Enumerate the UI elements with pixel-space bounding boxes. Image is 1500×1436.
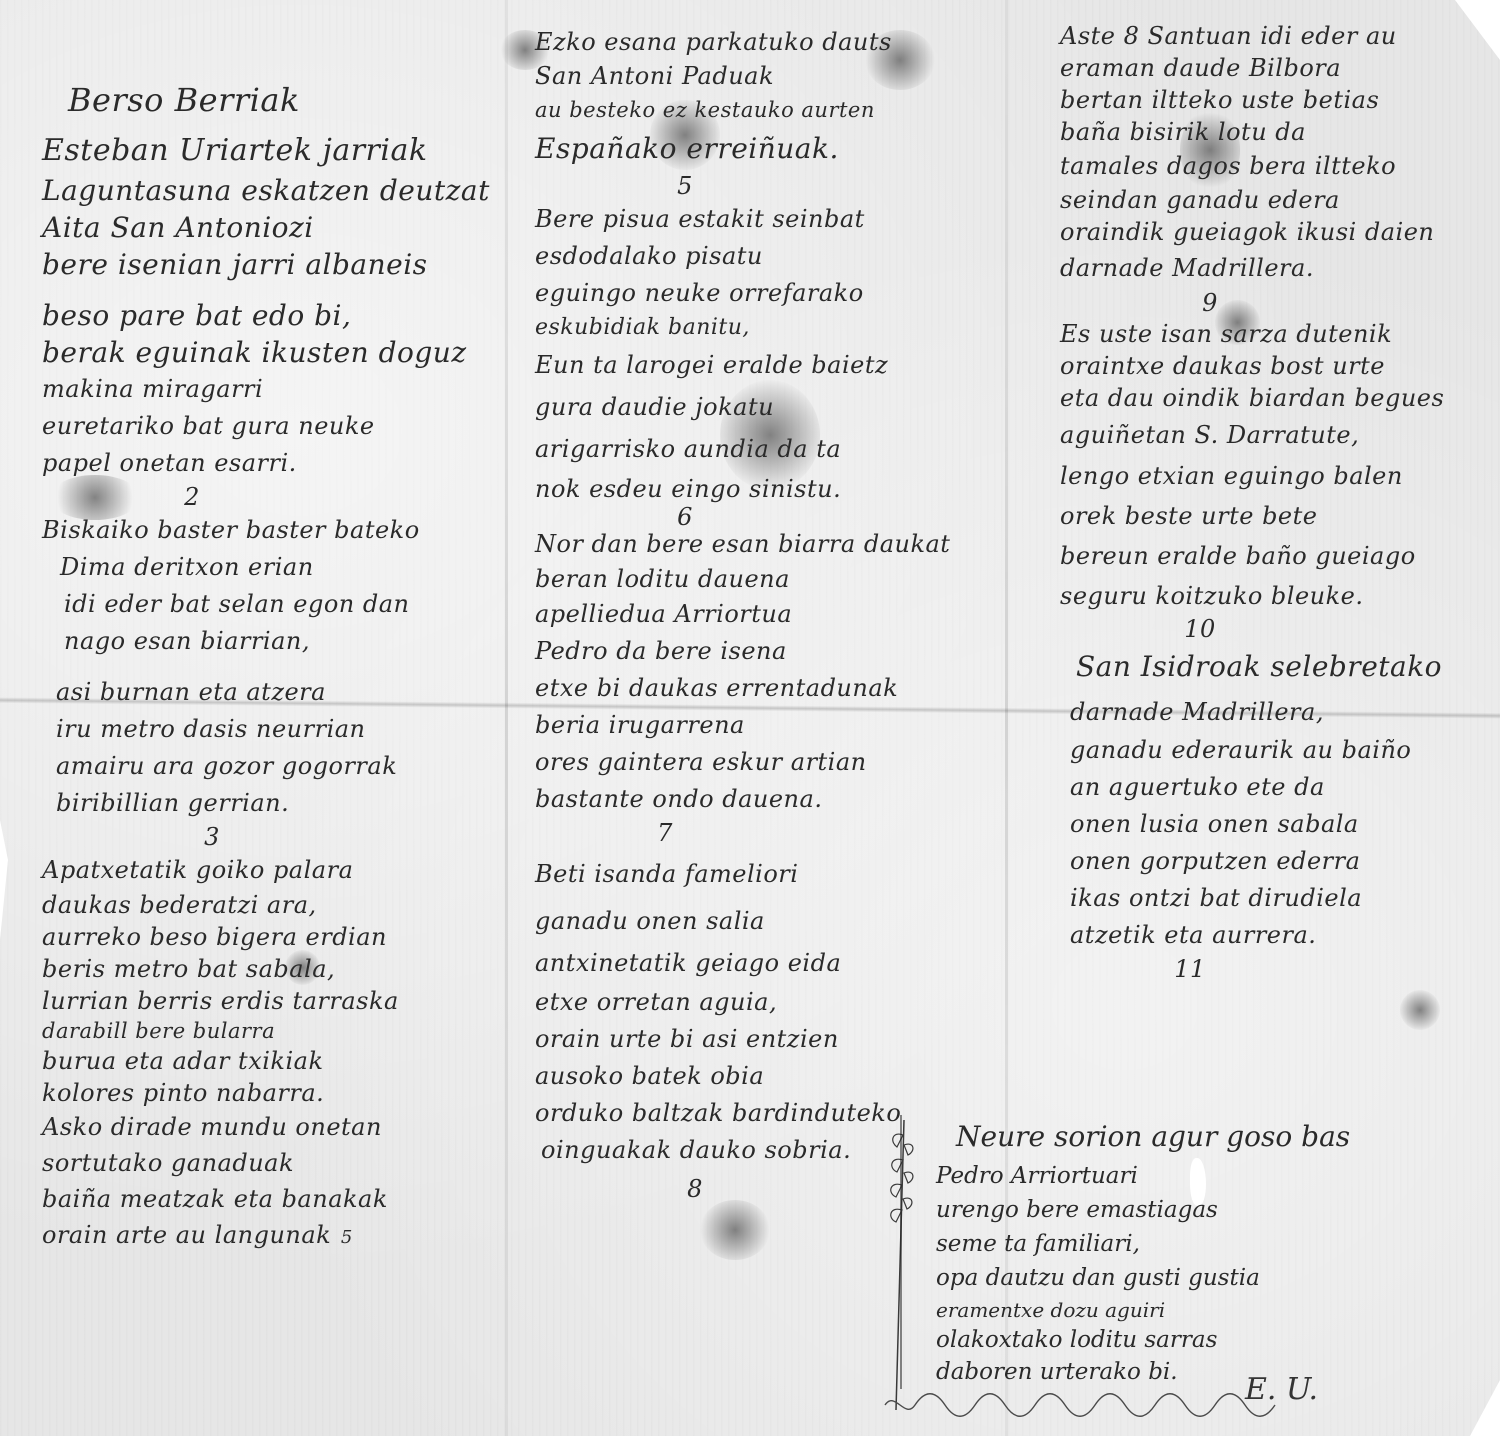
stanza-2: Biskaiko baster baster bateko Dima derit… [42,512,502,822]
verse-line: Aita San Antoniozi [42,209,502,246]
vertical-fold-left [505,0,508,1436]
stanza-8: Aste 8 Santuan idi eder au eraman daude … [1060,20,1500,288]
verse-line: urengo bere emastiagas [936,1193,1396,1227]
stanza-number: 3 [42,822,382,852]
closing-stanza: Neure sorion agur goso bas Pedro Arriort… [900,1115,1396,1389]
verse-line: burua eta adar txikiak [42,1045,502,1077]
verse-line: olakoxtako loditu sarras [936,1325,1396,1355]
verse-line: seguru koitzuko bleuke. [1060,576,1500,616]
verse-line: papel onetan esarri. [42,445,502,482]
verse-line: euretariko bat gura neuke [42,408,502,445]
verse-line: Eun ta larogei eralde baietz [535,344,985,386]
verse-line: bertan iltteko uste betias [1060,84,1500,116]
verse-line: daboren urterako bi. [936,1355,1396,1389]
verse-line: nok esdeu eingo sinistu. [535,470,985,508]
verse-line: kolores pinto nabarra. [42,1077,502,1109]
verse-line: beran loditu dauena [535,563,985,595]
verse-line: eramentxe dozu aguiri [936,1295,1396,1325]
verse-line: seme ta familiari, [936,1227,1396,1261]
stanza-number: 11 [1060,954,1320,984]
verse-line: Biskaiko baster baster bateko [42,512,502,549]
verse-line: Dima deritxon erian [42,549,502,586]
verse-line: onen lusia onen sabala [1060,806,1500,843]
column-right: Aste 8 Santuan idi eder au eraman daude … [1060,20,1500,984]
stanza-6: Nor dan bere esan biarra daukat beran lo… [535,526,985,818]
verse-line: daukas bederatzi ara, [42,889,502,921]
verse-line: Es uste isan sarza dutenik [1060,318,1500,350]
verse-line: seindan ganadu edera [1060,184,1500,216]
column-middle: Ezko esana parkatuko dauts San Antoni Pa… [535,25,985,1209]
ink-stain [700,1200,770,1260]
stanza-10: San Isidroak selebretako darnade Madrill… [1060,642,1500,954]
verse-line: San Antoni Paduak [535,59,985,93]
verse-line: oraintxe daukas bost urte [1060,350,1500,382]
verse-line: baña bisirik lotu da [1060,116,1500,148]
verse-line: etxe bi daukas errentadunak [535,670,985,707]
verse-line: apelliedua Arriortua [535,595,985,633]
stanza-number: 5 [341,1227,353,1248]
verse-line: lurrian berris erdis tarraska [42,985,502,1017]
verse-line: aguiñetan S. Darratute, [1060,414,1500,456]
verse-line: esdodalako pisatu [535,238,985,275]
flourish-ornament-icon [880,1385,1340,1425]
verse-line: ikas ontzi bat dirudiela [1060,880,1500,917]
verse-line: eguingo neuke orrefarako [535,275,985,312]
verse-line: darnade Madrillera, [1060,692,1500,732]
ink-stain [1400,990,1440,1030]
stanza-number: 10 [1060,616,1340,642]
verse-line: iru metro dasis neurrian [42,711,502,748]
verse-line: Apatxetatik goiko palara [42,852,502,889]
verse-line: ores gaintera eskur artian [535,744,985,781]
verse-line: Españako erreiñuak. [535,127,985,171]
verse-line: Beti isanda fameliori [535,848,985,900]
stanza-9: Es uste isan sarza dutenik oraintxe dauk… [1060,318,1500,616]
verse-line: asi burnan eta atzera [42,674,502,711]
verse-line: atzetik eta aurrera. [1060,917,1500,954]
verse-line: biribillian gerrian. [42,785,502,822]
stanza-4: Ezko esana parkatuko dauts San Antoni Pa… [535,25,985,171]
verse-line: arigarrisko aundia da ta [535,428,985,470]
stanza-number: 5 [535,171,835,201]
verse-line: berak eguinak ikusten doguz [42,334,502,371]
stanza-number: 9 [1060,288,1360,318]
verse-line: idi eder bat selan egon dan [42,586,502,623]
stanza-number: 2 [42,482,342,512]
verse-line: darabill bere bularra [42,1017,502,1045]
verse-line: Ezko esana parkatuko dauts [535,25,985,59]
verse-line: Bere pisua estakit seinbat [535,201,985,238]
stanza-3: Apatxetatik goiko palara daukas bederatz… [42,852,502,1253]
stanza-5: Bere pisua estakit seinbat esdodalako pi… [535,201,985,508]
verse-line: Nor dan bere esan biarra daukat [535,526,985,563]
verse-line: makina miragarri [42,371,502,408]
document-title: Berso Berriak [42,70,502,130]
column-left: Berso Berriak Esteban Uriartek jarriak L… [42,70,502,1253]
verse-line: an aguertuko ete da [1060,769,1500,806]
verse-line: oraindik gueiagok ikusi daien [1060,216,1500,248]
document-subtitle: Esteban Uriartek jarriak [42,130,502,172]
verse-line: tamales dagos bera iltteko [1060,148,1500,184]
verse-line: Pedro da bere isena [535,633,985,670]
verse-line: Aste 8 Santuan idi eder au [1060,20,1500,52]
verse-line: orain urte bi asi entzien [535,1021,985,1058]
verse-line: amairu ara gozor gogorrak [42,748,502,785]
verse-line: onen gorputzen ederra [1060,843,1500,880]
verse-line: sortutako ganaduak [42,1145,502,1181]
verse-line: bere isenian jarri albaneis [42,246,502,283]
verse-line: orain arte au langunak [42,1217,331,1253]
verse-line: Neure sorion agur goso bas [936,1115,1396,1159]
verse-line: eraman daude Bilbora [1060,52,1500,84]
verse-line: Laguntasuna eskatzen deutzat [42,172,502,209]
verse-line: etxe orretan aguia, [535,984,985,1021]
verse-line: lengo etxian eguingo balen [1060,456,1500,496]
stanza-number: 7 [535,818,795,848]
verse-line: San Isidroak selebretako [1060,642,1500,692]
verse-line: bastante ondo dauena. [535,781,985,818]
verse-line: beso pare bat edo bi, [42,297,502,334]
stanza-1: Laguntasuna eskatzen deutzat Aita San An… [42,172,502,482]
verse-line: orek beste urte bete [1060,496,1500,536]
stanza-number: 8 [535,1169,855,1209]
verse-line: ausoko batek obia [535,1058,985,1095]
stanza-number: 6 [535,508,835,526]
verse-line: bereun eralde baño gueiago [1060,536,1500,576]
verse-line: ganadu ederaurik au baiño [1060,732,1500,769]
verse-line: nago esan biarrian, [42,623,502,660]
verse-line: darnade Madrillera. [1060,248,1500,288]
verse-line: opa dautzu dan gusti gustia [936,1261,1396,1295]
verse-line: eta dau oindik biardan begues [1060,382,1500,414]
verse-line: ganadu onen salia [535,900,985,942]
verse-line: Pedro Arriortuari [936,1159,1396,1193]
verse-line: baiña meatzak eta banakak [42,1181,502,1217]
verse-line: gura daudie jokatu [535,386,985,428]
verse-line: beris metro bat sabala, [42,953,502,985]
verse-line: eskubidiak banitu, [535,312,985,344]
verse-line: au besteko ez kestauko aurten [535,93,985,127]
verse-line: aurreko beso bigera erdian [42,921,502,953]
verse-line: Asko dirade mundu onetan [42,1109,502,1145]
verse-line: antxinetatik geiago eida [535,942,985,984]
verse-line: beria irugarrena [535,707,985,744]
